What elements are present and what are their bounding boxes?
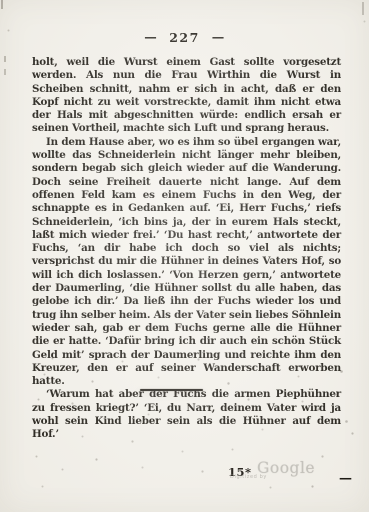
scan-noise-speckles xyxy=(0,0,1,1)
google-watermark: Google xyxy=(257,459,315,477)
paragraph-story: In dem Hause aber, wo es ihm so übel erg… xyxy=(32,136,341,389)
page-edge-mark-left xyxy=(4,56,6,62)
scanned-book-page: —227— holt, weil die Wurst einem Gast so… xyxy=(0,0,369,512)
stray-margin-dash: — xyxy=(339,471,352,486)
header-dash-right: — xyxy=(212,29,225,44)
page-edge-mark-top-left xyxy=(1,0,3,9)
page-number: 227 xyxy=(169,30,200,45)
page-edge-mark-top-right xyxy=(362,2,364,15)
paragraph-dialogue: ‘Warum hat aber der Fuchs die armen Piep… xyxy=(32,388,341,441)
page-header: —227— xyxy=(0,30,369,45)
paragraph-continuation: holt, weil die Wurst einem Gast sollte v… xyxy=(32,56,341,136)
header-dash-left: — xyxy=(144,29,157,44)
body-text: holt, weil die Wurst einem Gast sollte v… xyxy=(32,56,341,442)
section-divider-rule xyxy=(140,389,203,391)
